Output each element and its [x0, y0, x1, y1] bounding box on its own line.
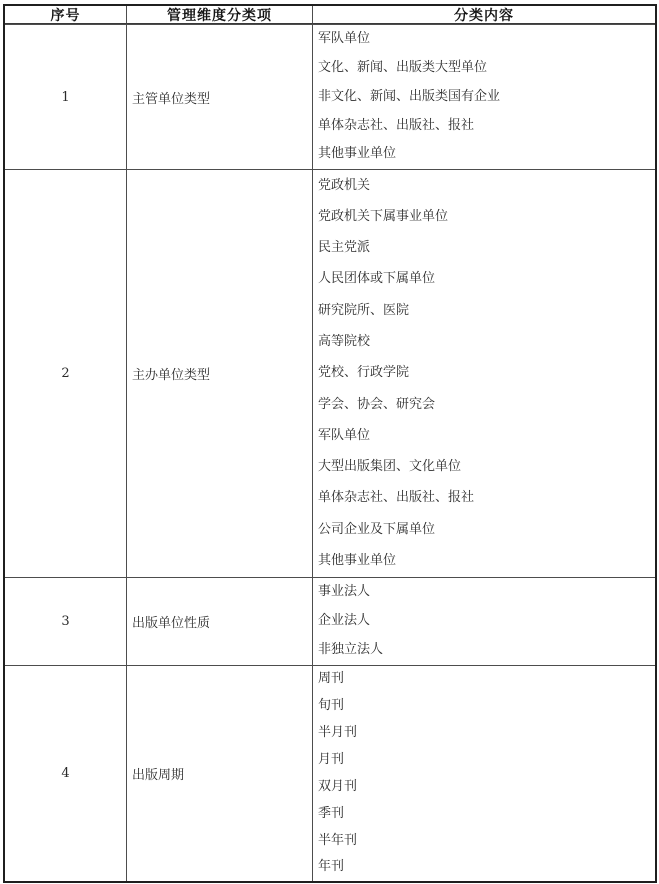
- item-text: 半月刊: [318, 726, 655, 740]
- item-text: 公司企业及下属单位: [318, 523, 655, 537]
- item-text: 非文化、新闻、出版类国有企业: [318, 90, 655, 104]
- item-text: 单体杂志社、出版社、报社: [318, 491, 655, 505]
- item-text: 军队单位: [318, 32, 655, 46]
- row-category: 出版周期: [126, 665, 312, 881]
- item-text: 民主党派: [318, 241, 655, 255]
- row-category: 出版单位性质: [126, 577, 312, 665]
- item-text: 年刊: [318, 860, 655, 874]
- item-text: 非独立法人: [318, 643, 655, 657]
- item-text: 文化、新闻、出版类大型单位: [318, 61, 655, 75]
- item-text: 大型出版集团、文化单位: [318, 460, 655, 474]
- item-text: 事业法人: [318, 585, 655, 599]
- item-text: 党政机关下属事业单位: [318, 210, 655, 224]
- item-text: 其他事业单位: [318, 147, 655, 161]
- header-category: 管理维度分类项: [126, 6, 312, 24]
- row-category: 主管单位类型: [126, 24, 312, 169]
- item-text: 军队单位: [318, 429, 655, 443]
- header-index: 序号: [5, 6, 126, 24]
- item-text: 企业法人: [318, 614, 655, 628]
- row-index: 4: [5, 665, 126, 881]
- item-text: 旬刊: [318, 699, 655, 713]
- item-text: 月刊: [318, 753, 655, 767]
- row-items: 事业法人 企业法人 非独立法人: [312, 577, 655, 665]
- classification-table: 序号 管理维度分类项 分类内容 1 主管单位类型 军队单位 文化、新闻、出版类大…: [3, 4, 657, 883]
- row-index: 2: [5, 169, 126, 577]
- item-text: 半年刊: [318, 834, 655, 848]
- row-items: 周刊 旬刊 半月刊 月刊 双月刊 季刊 半年刊 年刊: [312, 665, 655, 881]
- item-text: 周刊: [318, 672, 655, 686]
- row-index: 3: [5, 577, 126, 665]
- row-items: 党政机关 党政机关下属事业单位 民主党派 人民团体或下属单位 研究院所、医院 高…: [312, 169, 655, 577]
- item-text: 研究院所、医院: [318, 304, 655, 318]
- row-items: 军队单位 文化、新闻、出版类大型单位 非文化、新闻、出版类国有企业 单体杂志社、…: [312, 24, 655, 169]
- item-text: 其他事业单位: [318, 554, 655, 568]
- item-text: 季刊: [318, 807, 655, 821]
- item-text: 人民团体或下属单位: [318, 272, 655, 286]
- item-text: 学会、协会、研究会: [318, 398, 655, 412]
- row-category: 主办单位类型: [126, 169, 312, 577]
- item-text: 单体杂志社、出版社、报社: [318, 119, 655, 133]
- header-content: 分类内容: [312, 6, 655, 24]
- row-index: 1: [5, 24, 126, 169]
- item-text: 党政机关: [318, 179, 655, 193]
- item-text: 双月刊: [318, 780, 655, 794]
- item-text: 高等院校: [318, 335, 655, 349]
- item-text: 党校、行政学院: [318, 366, 655, 380]
